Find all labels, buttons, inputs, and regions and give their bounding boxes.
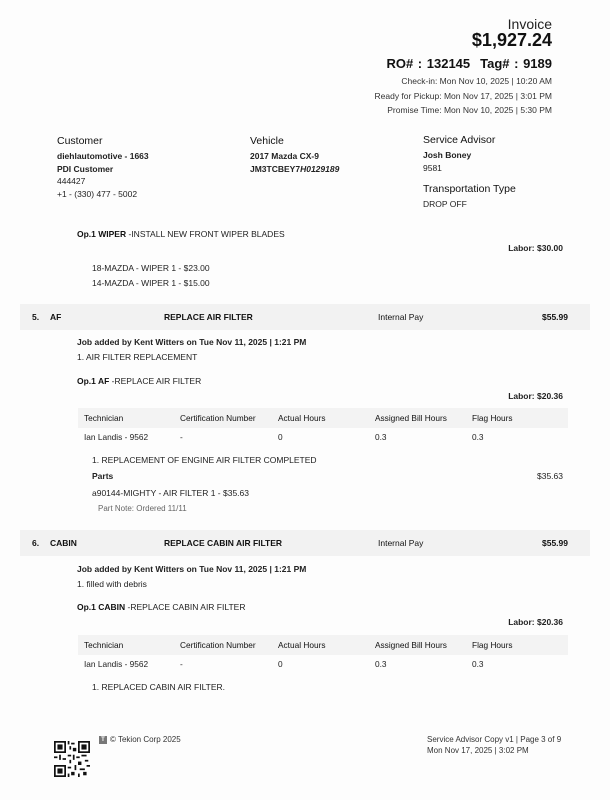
footer-page-info: Service Advisor Copy v1 | Page 3 of 9 Mo…	[427, 735, 561, 756]
advisor-section: Service Advisor Josh Boney 9581 Transpor…	[423, 134, 516, 211]
ro-tag-line: RO# : 132145Tag# : 9189	[386, 56, 552, 71]
copyright-text: © Tekion Corp 2025	[110, 735, 181, 744]
col-bill-hours: Assigned Bill Hours	[375, 640, 447, 650]
technician-table: Technician Certification Number Actual H…	[78, 408, 568, 446]
invoice-amount: $1,927.24	[472, 30, 552, 51]
footer-copyright: T© Tekion Corp 2025	[99, 735, 181, 744]
vehicle-vin: JM3TCBEY7H0129189	[250, 163, 339, 176]
wiper-labor: Labor: $30.00	[508, 243, 563, 253]
job-code: AF	[50, 312, 61, 322]
advisor-label: Service Advisor	[423, 134, 516, 146]
job-title: REPLACE CABIN AIR FILTER	[164, 538, 282, 548]
vin-suffix: H0129189	[300, 164, 339, 174]
op-code: Op.1 AF	[77, 376, 109, 386]
col-technician: Technician	[84, 413, 123, 423]
vehicle-model: 2017 Mazda CX-9	[250, 150, 339, 163]
job-concern: 1. AIR FILTER REPLACEMENT	[77, 352, 197, 362]
cell-certification: -	[180, 659, 183, 669]
col-actual-hours: Actual Hours	[278, 413, 326, 423]
job-story: 1. REPLACEMENT OF ENGINE AIR FILTER COMP…	[92, 455, 317, 465]
job-total: $55.99	[542, 312, 568, 322]
customer-phone: +1 - (330) 477 - 5002	[57, 188, 149, 201]
job-title: REPLACE AIR FILTER	[164, 312, 253, 322]
tag-number: Tag# : 9189	[480, 56, 552, 71]
checkin-time: Check-in: Mon Nov 10, 2025 | 10:20 AM	[375, 74, 553, 89]
table-header: Technician Certification Number Actual H…	[78, 635, 568, 655]
timestamps: Check-in: Mon Nov 10, 2025 | 10:20 AM Re…	[375, 74, 553, 118]
op-desc: -INSTALL NEW FRONT WIPER BLADES	[126, 229, 285, 239]
cabin-labor: Labor: $20.36	[508, 617, 563, 627]
af-labor: Labor: $20.36	[508, 391, 563, 401]
job-added-by: Job added by Kent Witters on Tue Nov 11,…	[77, 337, 306, 347]
part-line: 14-MAZDA - WIPER 1 - $15.00	[92, 278, 210, 288]
cell-actual-hours: 0	[278, 659, 283, 669]
technician-table: Technician Certification Number Actual H…	[78, 635, 568, 673]
customer-id: 444427	[57, 175, 149, 188]
job-number: 5.	[32, 312, 39, 322]
advisor-id: 9581	[423, 162, 516, 175]
job-header-cabin[interactable]: 6. CABIN REPLACE CABIN AIR FILTER Intern…	[20, 530, 590, 556]
job-pay-type: Internal Pay	[378, 538, 423, 548]
cell-technician: Ian Landis - 9562	[84, 659, 148, 669]
col-technician: Technician	[84, 640, 123, 650]
promise-time: Promise Time: Mon Nov 10, 2025 | 5:30 PM	[375, 103, 553, 118]
job-story: 1. REPLACED CABIN AIR FILTER.	[92, 682, 225, 692]
job-number: 6.	[32, 538, 39, 548]
op-code: Op.1 CABIN	[77, 602, 125, 612]
op-desc: -REPLACE AIR FILTER	[109, 376, 201, 386]
customer-label: Customer	[57, 135, 149, 147]
customer-section: Customer diehlautomotive - 1663 PDI Cust…	[57, 135, 149, 200]
op-code: Op.1 WIPER	[77, 229, 126, 239]
vehicle-section: Vehicle 2017 Mazda CX-9 JM3TCBEY7H012918…	[250, 135, 339, 175]
cell-actual-hours: 0	[278, 432, 283, 442]
customer-type: PDI Customer	[57, 163, 149, 176]
transport-label: Transportation Type	[423, 183, 516, 195]
part-line: a90144-MIGHTY - AIR FILTER 1 - $35.63	[92, 488, 249, 498]
job-concern: 1. filled with debris	[77, 579, 147, 589]
job-total: $55.99	[542, 538, 568, 548]
table-row: Ian Landis - 9562 - 0 0.3 0.3	[78, 655, 568, 673]
job-code: CABIN	[50, 538, 77, 548]
part-line: 18-MAZDA - WIPER 1 - $23.00	[92, 263, 210, 273]
col-flag-hours: Flag Hours	[472, 413, 513, 423]
tekion-logo-icon: T	[99, 736, 107, 744]
printed-time: Mon Nov 17, 2025 | 3:02 PM	[427, 746, 561, 757]
advisor-name: Josh Boney	[423, 149, 516, 162]
vehicle-label: Vehicle	[250, 135, 339, 147]
job-added-by: Job added by Kent Witters on Tue Nov 11,…	[77, 564, 306, 574]
job-header-af[interactable]: 5. AF REPLACE AIR FILTER Internal Pay $5…	[20, 304, 590, 330]
parts-label: Parts	[92, 471, 113, 481]
col-actual-hours: Actual Hours	[278, 640, 326, 650]
table-row: Ian Landis - 9562 - 0 0.3 0.3	[78, 428, 568, 446]
part-note: Part Note: Ordered 11/11	[98, 504, 187, 513]
col-bill-hours: Assigned Bill Hours	[375, 413, 447, 423]
job-pay-type: Internal Pay	[378, 312, 423, 322]
cell-technician: Ian Landis - 9562	[84, 432, 148, 442]
table-header: Technician Certification Number Actual H…	[78, 408, 568, 428]
wiper-op-line: Op.1 WIPER -INSTALL NEW FRONT WIPER BLAD…	[77, 229, 285, 239]
qr-code-icon	[54, 741, 90, 777]
cell-certification: -	[180, 432, 183, 442]
af-op-line: Op.1 AF -REPLACE AIR FILTER	[77, 376, 201, 386]
col-flag-hours: Flag Hours	[472, 640, 513, 650]
ro-number: RO# : 132145	[386, 56, 470, 71]
copy-info: Service Advisor Copy v1 | Page 3 of 9	[427, 735, 561, 746]
cell-bill-hours: 0.3	[375, 432, 387, 442]
col-certification: Certification Number	[180, 640, 256, 650]
col-certification: Certification Number	[180, 413, 256, 423]
cell-flag-hours: 0.3	[472, 659, 484, 669]
vin-prefix: JM3TCBEY7	[250, 164, 300, 174]
cabin-op-line: Op.1 CABIN -REPLACE CABIN AIR FILTER	[77, 602, 245, 612]
ready-time: Ready for Pickup: Mon Nov 17, 2025 | 3:0…	[375, 89, 553, 104]
cell-flag-hours: 0.3	[472, 432, 484, 442]
op-desc: -REPLACE CABIN AIR FILTER	[125, 602, 245, 612]
parts-total: $35.63	[537, 471, 563, 481]
customer-name: diehlautomotive - 1663	[57, 150, 149, 163]
cell-bill-hours: 0.3	[375, 659, 387, 669]
transport-value: DROP OFF	[423, 198, 516, 211]
